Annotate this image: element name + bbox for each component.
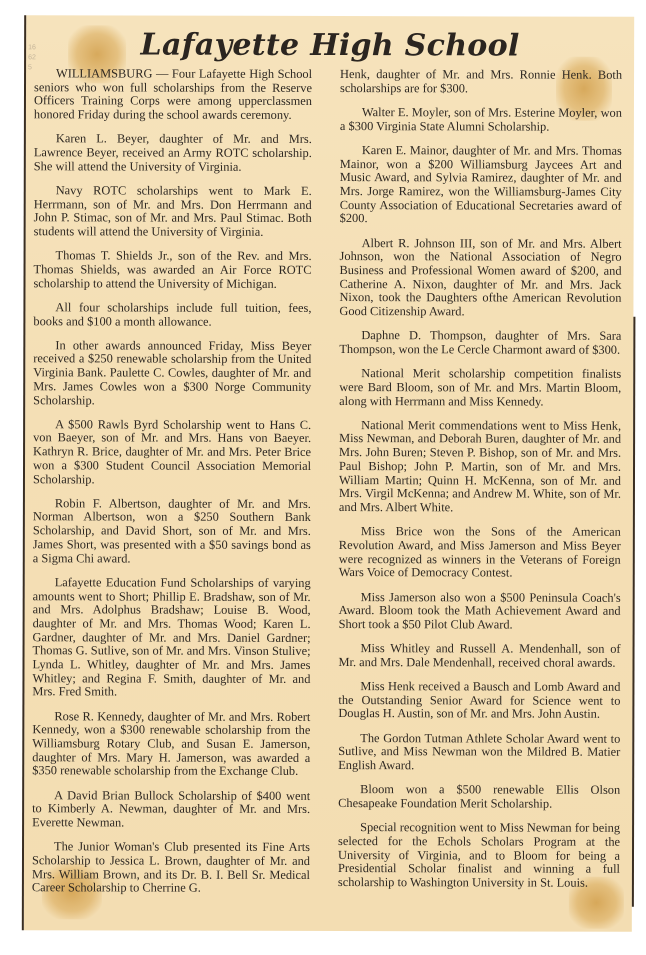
article-paragraph: WILLIAMSBURG — Four Lafayette High Schoo… bbox=[34, 67, 312, 123]
article-paragraph: Special recognition went to Miss Newman … bbox=[338, 821, 620, 890]
article-paragraph: All four scholarships include full tuiti… bbox=[33, 301, 311, 329]
article-paragraph: Bloom won a $500 renewable Ellis Olson C… bbox=[338, 783, 620, 811]
article-paragraph: A David Brian Bullock Scholarship of $40… bbox=[32, 789, 310, 831]
headline: Lafayette High School bbox=[26, 27, 634, 64]
article-paragraph: Miss Jamerson also won a $500 Peninsula … bbox=[339, 591, 621, 633]
article-paragraph: Rose R. Kennedy, daughter of Mr. and Mrs… bbox=[32, 710, 310, 779]
article-paragraph: Daphne D. Thompson, daughter of Mrs. Sar… bbox=[339, 329, 621, 357]
article-paragraph: In other awards announced Friday, Miss B… bbox=[33, 339, 311, 408]
article-paragraph: Miss Brice won the Sons of the American … bbox=[339, 525, 621, 581]
article-paragraph: Karen L. Beyer, daughter of Mr. and Mrs.… bbox=[34, 133, 312, 175]
article-paragraph: A $500 Rawls Byrd Scholarship went to Ha… bbox=[33, 418, 311, 487]
article-paragraph: Miss Henk received a Bausch and Lomb Awa… bbox=[338, 680, 620, 722]
article-paragraph: The Gordon Tutman Athlete Scholar Award … bbox=[338, 732, 620, 774]
article-paragraph: National Merit scholarship competition f… bbox=[339, 367, 621, 409]
article-paragraph: Thomas T. Shields Jr., son of the Rev. a… bbox=[33, 249, 311, 291]
article-paragraph: Robin F. Albertson, daughter of Mr. and … bbox=[33, 497, 311, 566]
article-paragraph: Lafayette Education Fund Scholarships of… bbox=[32, 576, 310, 700]
article-paragraph: Albert R. Johnson III, son of Mr. and Mr… bbox=[339, 237, 621, 320]
article-paragraph: Miss Whitley and Russell A. Mendenhall, … bbox=[338, 642, 620, 670]
article-paragraph: Walter E. Moyler, son of Mrs. Esterine M… bbox=[340, 106, 622, 134]
article-paragraph: National Merit commendations went to Mis… bbox=[339, 419, 621, 516]
right-column: Henk, daughter of Mr. and Mrs. Ronnie He… bbox=[338, 68, 622, 901]
article-paragraph: Navy ROTC scholarships went to Mark E. H… bbox=[34, 184, 312, 240]
article-paragraph: Karen E. Mainor, daughter of Mr. and Mrs… bbox=[340, 144, 622, 227]
article-paragraph: Henk, daughter of Mr. and Mrs. Ronnie He… bbox=[340, 68, 622, 96]
article-paragraph: The Junior Woman's Club presented its Fi… bbox=[32, 840, 310, 896]
left-column: WILLIAMSBURG — Four Lafayette High Schoo… bbox=[32, 67, 312, 906]
newspaper-clipping: 16 62 5 Lafayette High School WILLIAMSBU… bbox=[22, 15, 634, 932]
